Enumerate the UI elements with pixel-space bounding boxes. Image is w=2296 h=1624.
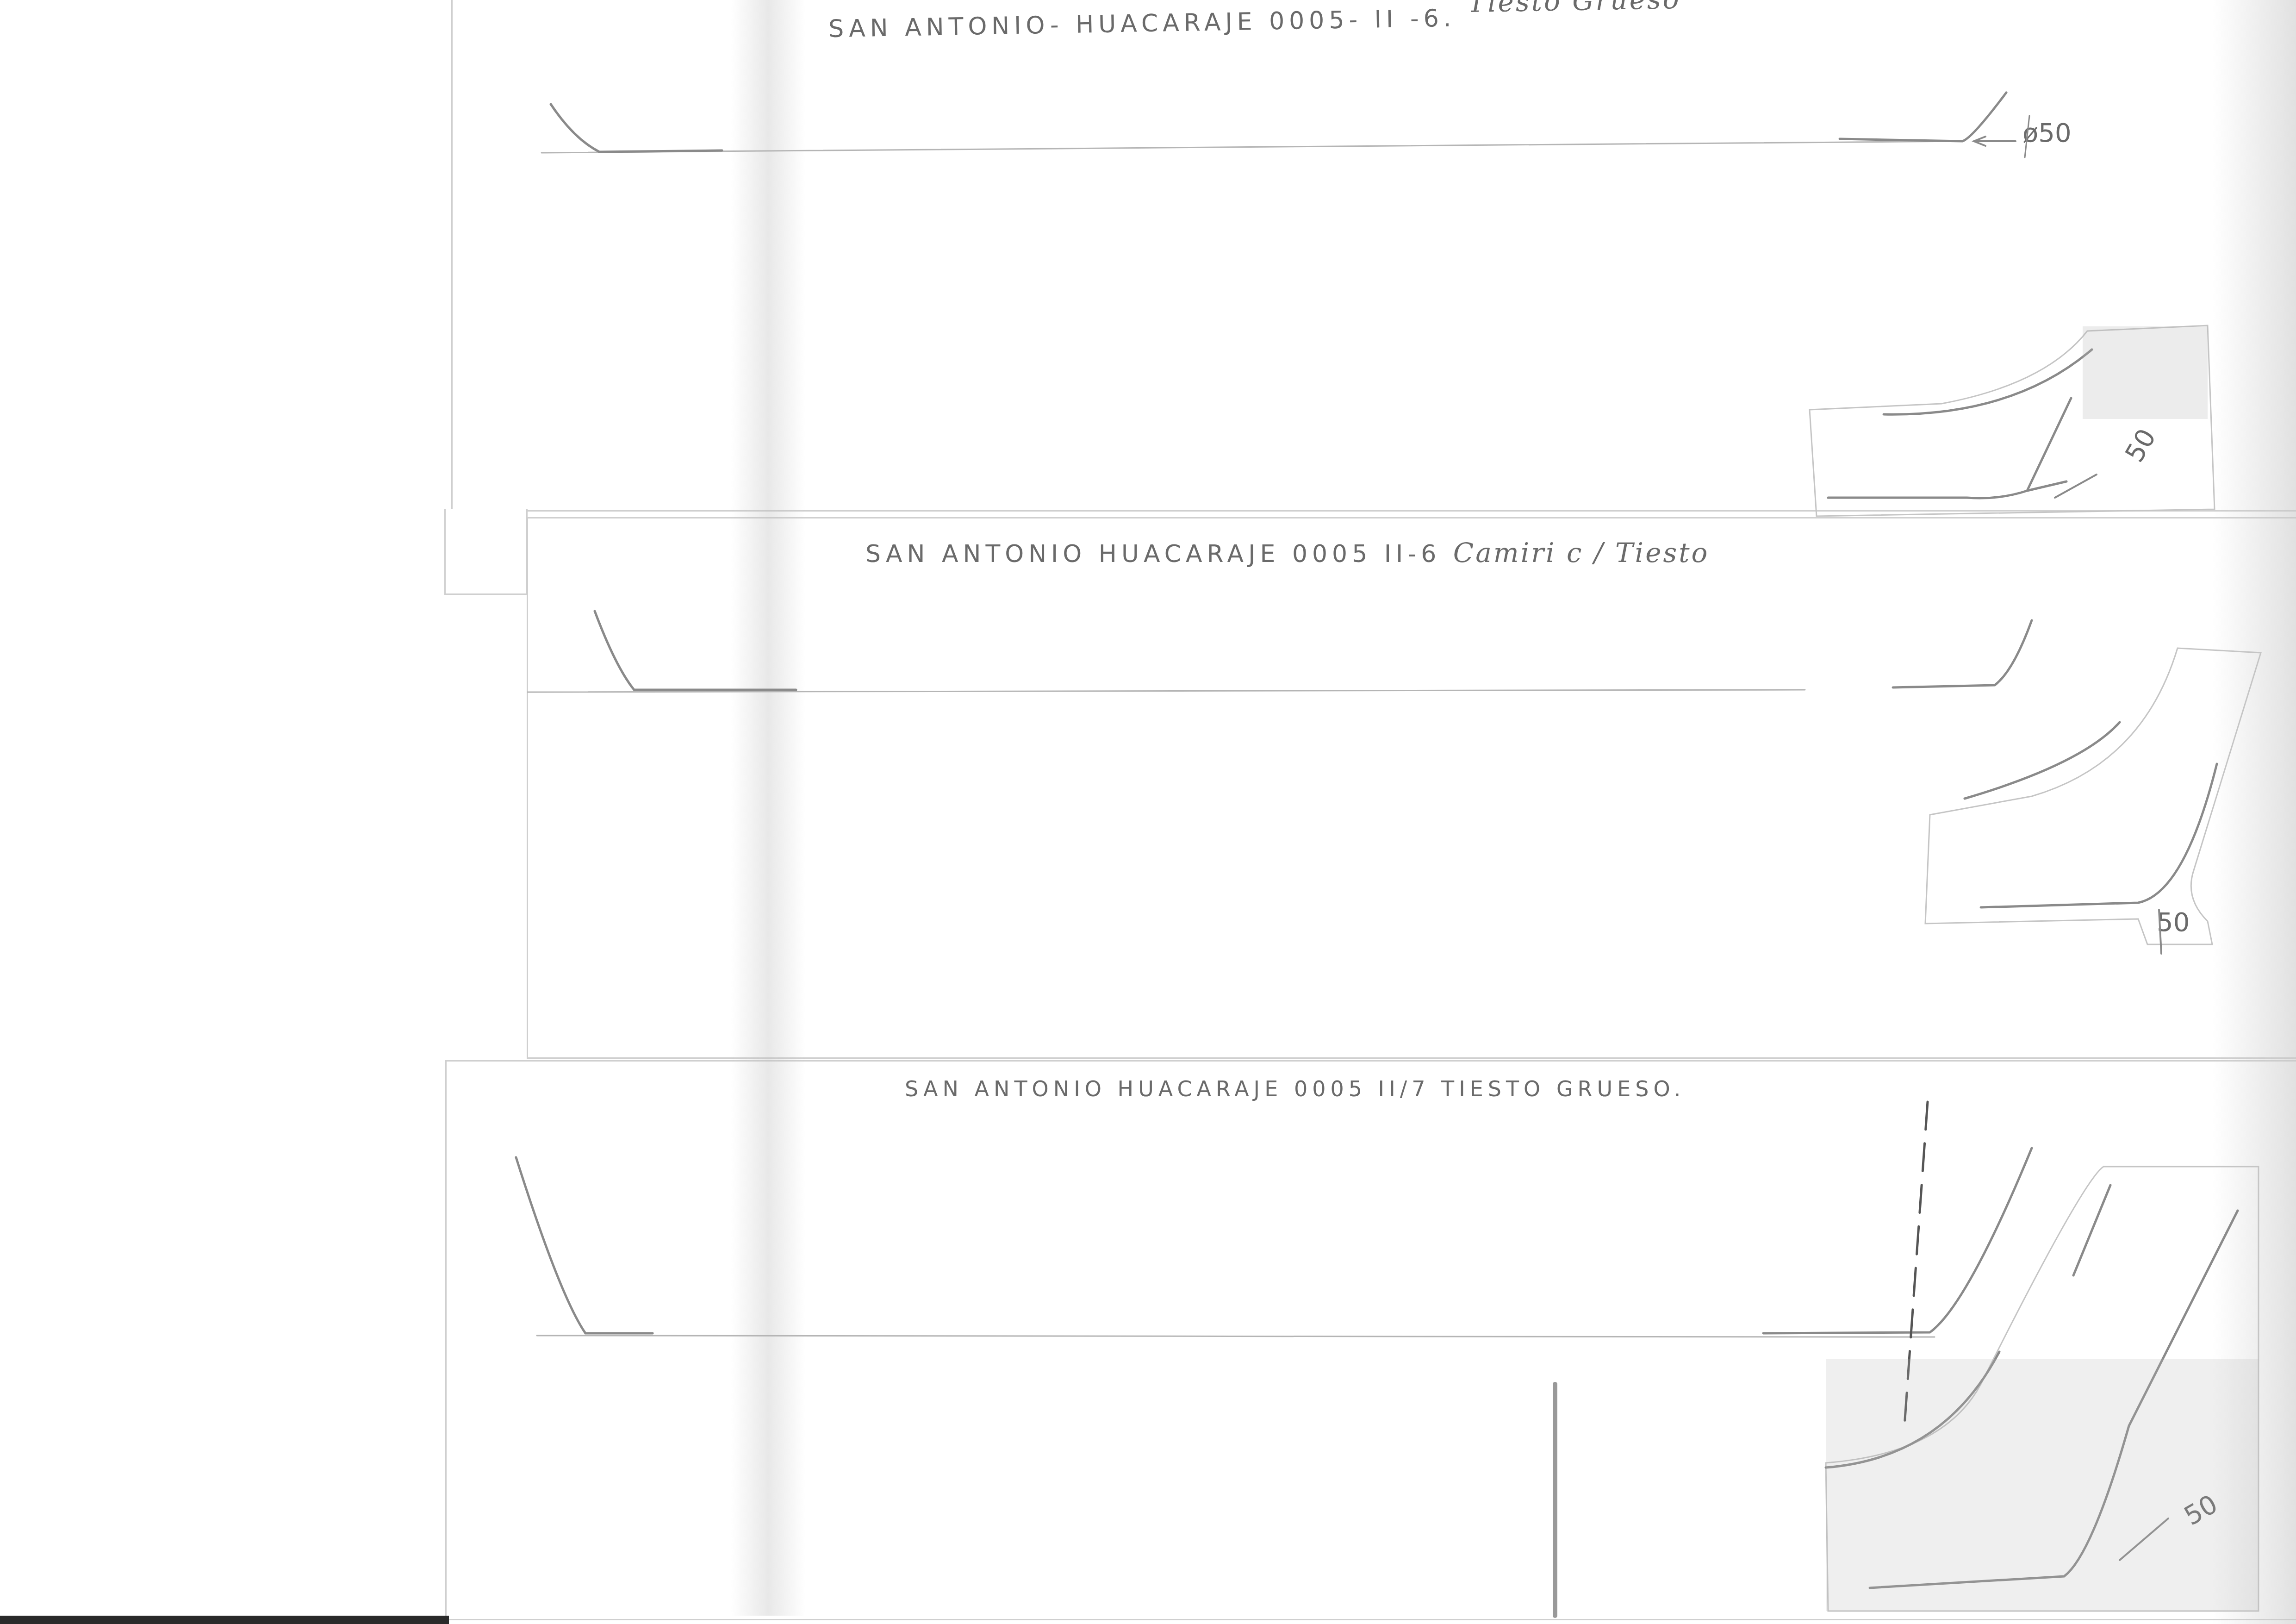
scanner-edge-bar [0, 1616, 449, 1624]
fragment-3-shading [1826, 1359, 2259, 1611]
fragment-1-shading [2083, 326, 2208, 419]
